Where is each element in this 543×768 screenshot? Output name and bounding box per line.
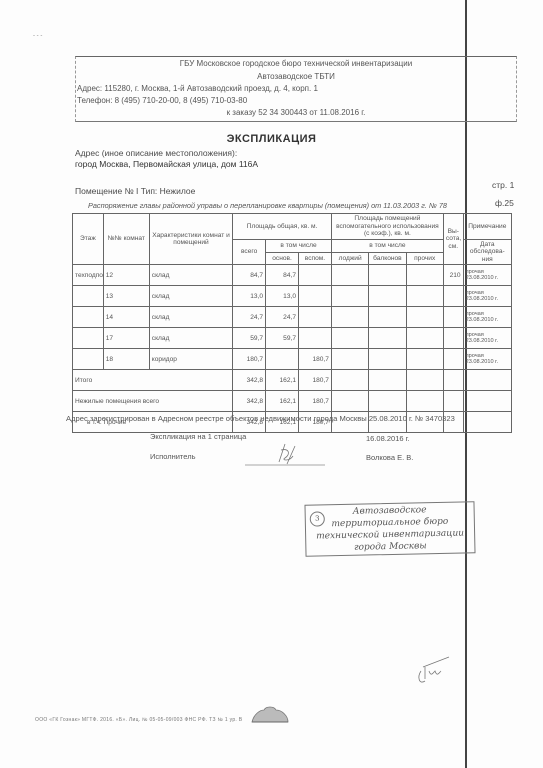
cell-other [406, 307, 443, 328]
issuer-header: ГБУ Московское городское бюро техническо… [75, 56, 517, 122]
executor-signature [245, 440, 325, 470]
col-area-group: Площадь общая, кв. м. [233, 214, 332, 240]
table-row: 17склад59,759,7прочая 23.08.2010 г. [73, 328, 512, 349]
cell-main [266, 349, 299, 370]
cell-note: прочая 23.08.2010 г. [463, 349, 511, 370]
document-date: 16.08.2016 г. [366, 434, 410, 443]
cell-height: 210 [443, 265, 463, 286]
cell-height [443, 328, 463, 349]
cell-aux [299, 307, 332, 328]
executor-name: Волкова Е. В. [366, 453, 413, 462]
bti-stamp: 3 Автозаводское территориальное бюро тех… [304, 501, 475, 557]
cell-aux [299, 286, 332, 307]
col-height: Вы-сота, см. [443, 214, 463, 265]
form-number: ф.25 [495, 198, 514, 208]
cell-total: 180,7 [233, 349, 266, 370]
branch-name: Автозаводское ТБТИ [76, 72, 516, 81]
col-balconies: балконов [369, 252, 406, 265]
cell-main: 13,0 [266, 286, 299, 307]
empty-cell [331, 370, 368, 391]
cell-floor [73, 286, 104, 307]
cell-aux: 180,7 [299, 391, 332, 412]
cell-room: 12 [103, 265, 149, 286]
cell-height [443, 349, 463, 370]
order-reference: к заказу 52 34 300443 от 11.08.2016 г. [76, 108, 516, 117]
cell-total: 59,7 [233, 328, 266, 349]
cell-main: 162,1 [266, 370, 299, 391]
cell-other [406, 286, 443, 307]
cell-room: 13 [103, 286, 149, 307]
scan-mark: - - - [33, 33, 42, 39]
goznak-logo-icon [250, 704, 290, 724]
cell-balconies [369, 286, 406, 307]
empty-cell [443, 391, 463, 412]
cell-loggias [331, 307, 368, 328]
table-row: техподпол12склад84,784,7210прочая 23.08.… [73, 265, 512, 286]
col-aux-area-group: Площадь помещений вспомогательного испол… [331, 214, 443, 240]
cell-loggias [331, 349, 368, 370]
cell-desc: склад [149, 328, 232, 349]
premises-info: Помещение № I Тип: Нежилое [75, 186, 195, 196]
cell-desc: склад [149, 265, 232, 286]
cell-loggias [331, 286, 368, 307]
totals-row: Итого342,8162,1180,7 [73, 370, 512, 391]
issuer-address: Адрес: 115280, г. Москва, 1-й Автозаводс… [77, 84, 516, 93]
empty-cell [369, 370, 406, 391]
col-survey-date: Дата обследова-ния [463, 239, 511, 265]
table-row: 13склад13,013,0прочая 23.08.2010 г. [73, 286, 512, 307]
address-label: Адрес (иное описание местоположения): [75, 148, 237, 158]
cell-aux: 180,7 [299, 349, 332, 370]
cell-total: 13,0 [233, 286, 266, 307]
cell-other [406, 349, 443, 370]
cell-height [443, 307, 463, 328]
empty-cell [443, 370, 463, 391]
col-other: прочих [406, 252, 443, 265]
address-registration: Адрес зарегистрирован в Адресном реестре… [66, 414, 455, 423]
cell-room: 14 [103, 307, 149, 328]
cell-total: 84,7 [233, 265, 266, 286]
col-room-no: №№ комнат [103, 214, 149, 265]
cell-aux [299, 328, 332, 349]
empty-cell [463, 391, 511, 412]
cell-balconies [369, 307, 406, 328]
document-title: ЭКСПЛИКАЦИЯ [0, 133, 543, 145]
cell-total: 342,8 [233, 391, 266, 412]
explication-table: Этаж №№ комнат Характеристики комнат и п… [72, 213, 512, 433]
totals-label: Итого [73, 370, 233, 391]
cell-desc: коридор [149, 349, 232, 370]
cell-total: 24,7 [233, 307, 266, 328]
empty-cell [369, 391, 406, 412]
col-incl2: в том числе [331, 239, 443, 252]
col-area-total: всего [233, 239, 266, 265]
cell-main: 162,1 [266, 391, 299, 412]
col-room-desc: Характеристики комнат и помещений [149, 214, 232, 265]
cell-note: прочая 23.08.2010 г. [463, 286, 511, 307]
cell-main: 84,7 [266, 265, 299, 286]
print-imprint: ООО «ГК Гознак» МГТФ. 2016. «Б». Лиц. № … [35, 717, 242, 723]
cell-other [406, 328, 443, 349]
col-floor: Этаж [73, 214, 104, 265]
pages-count: Экспликация на 1 страница [150, 432, 246, 441]
cell-room: 18 [103, 349, 149, 370]
cell-height [443, 286, 463, 307]
cell-floor [73, 349, 104, 370]
cell-other [406, 265, 443, 286]
cell-balconies [369, 328, 406, 349]
col-aux: вспом. [299, 252, 332, 265]
cell-floor [73, 328, 104, 349]
cell-main: 24,7 [266, 307, 299, 328]
empty-cell [331, 391, 368, 412]
cell-main: 59,7 [266, 328, 299, 349]
empty-cell [406, 370, 443, 391]
cell-loggias [331, 328, 368, 349]
empty-cell [463, 370, 511, 391]
col-incl: в том числе [266, 239, 332, 252]
cell-room: 17 [103, 328, 149, 349]
replanning-order: Распоряжение главы районной управы о пер… [88, 201, 447, 210]
cell-desc: склад [149, 307, 232, 328]
table-row: 18коридор180,7180,7прочая 23.08.2010 г. [73, 349, 512, 370]
cell-balconies [369, 265, 406, 286]
col-note: Примечание [463, 214, 511, 240]
table-row: 14склад24,724,7прочая 23.08.2010 г. [73, 307, 512, 328]
cell-note: прочая 23.08.2010 г. [463, 265, 511, 286]
cell-desc: склад [149, 286, 232, 307]
cell-balconies [369, 349, 406, 370]
cell-floor: техподпол [73, 265, 104, 286]
cell-aux: 180,7 [299, 370, 332, 391]
empty-cell [463, 412, 511, 433]
cell-aux [299, 265, 332, 286]
col-loggias: лоджий [331, 252, 368, 265]
organization-name: ГБУ Московское городское бюро техническо… [76, 59, 516, 68]
empty-cell [406, 391, 443, 412]
cell-loggias [331, 265, 368, 286]
totals-label: Нежилые помещения всего [73, 391, 233, 412]
initials-signature [415, 655, 455, 685]
executor-label: Исполнитель [150, 452, 195, 461]
col-main: основ. [266, 252, 299, 265]
address-value: город Москва, Первомайская улица, дом 11… [75, 159, 258, 169]
cell-note: прочая 23.08.2010 г. [463, 328, 511, 349]
cell-note: прочая 23.08.2010 г. [463, 307, 511, 328]
totals-row: Нежилые помещения всего342,8162,1180,7 [73, 391, 512, 412]
issuer-phone: Телефон: 8 (495) 710-20-00, 8 (495) 710-… [77, 96, 516, 105]
page-number: стр. 1 [492, 180, 514, 190]
cell-total: 342,8 [233, 370, 266, 391]
cell-floor [73, 307, 104, 328]
